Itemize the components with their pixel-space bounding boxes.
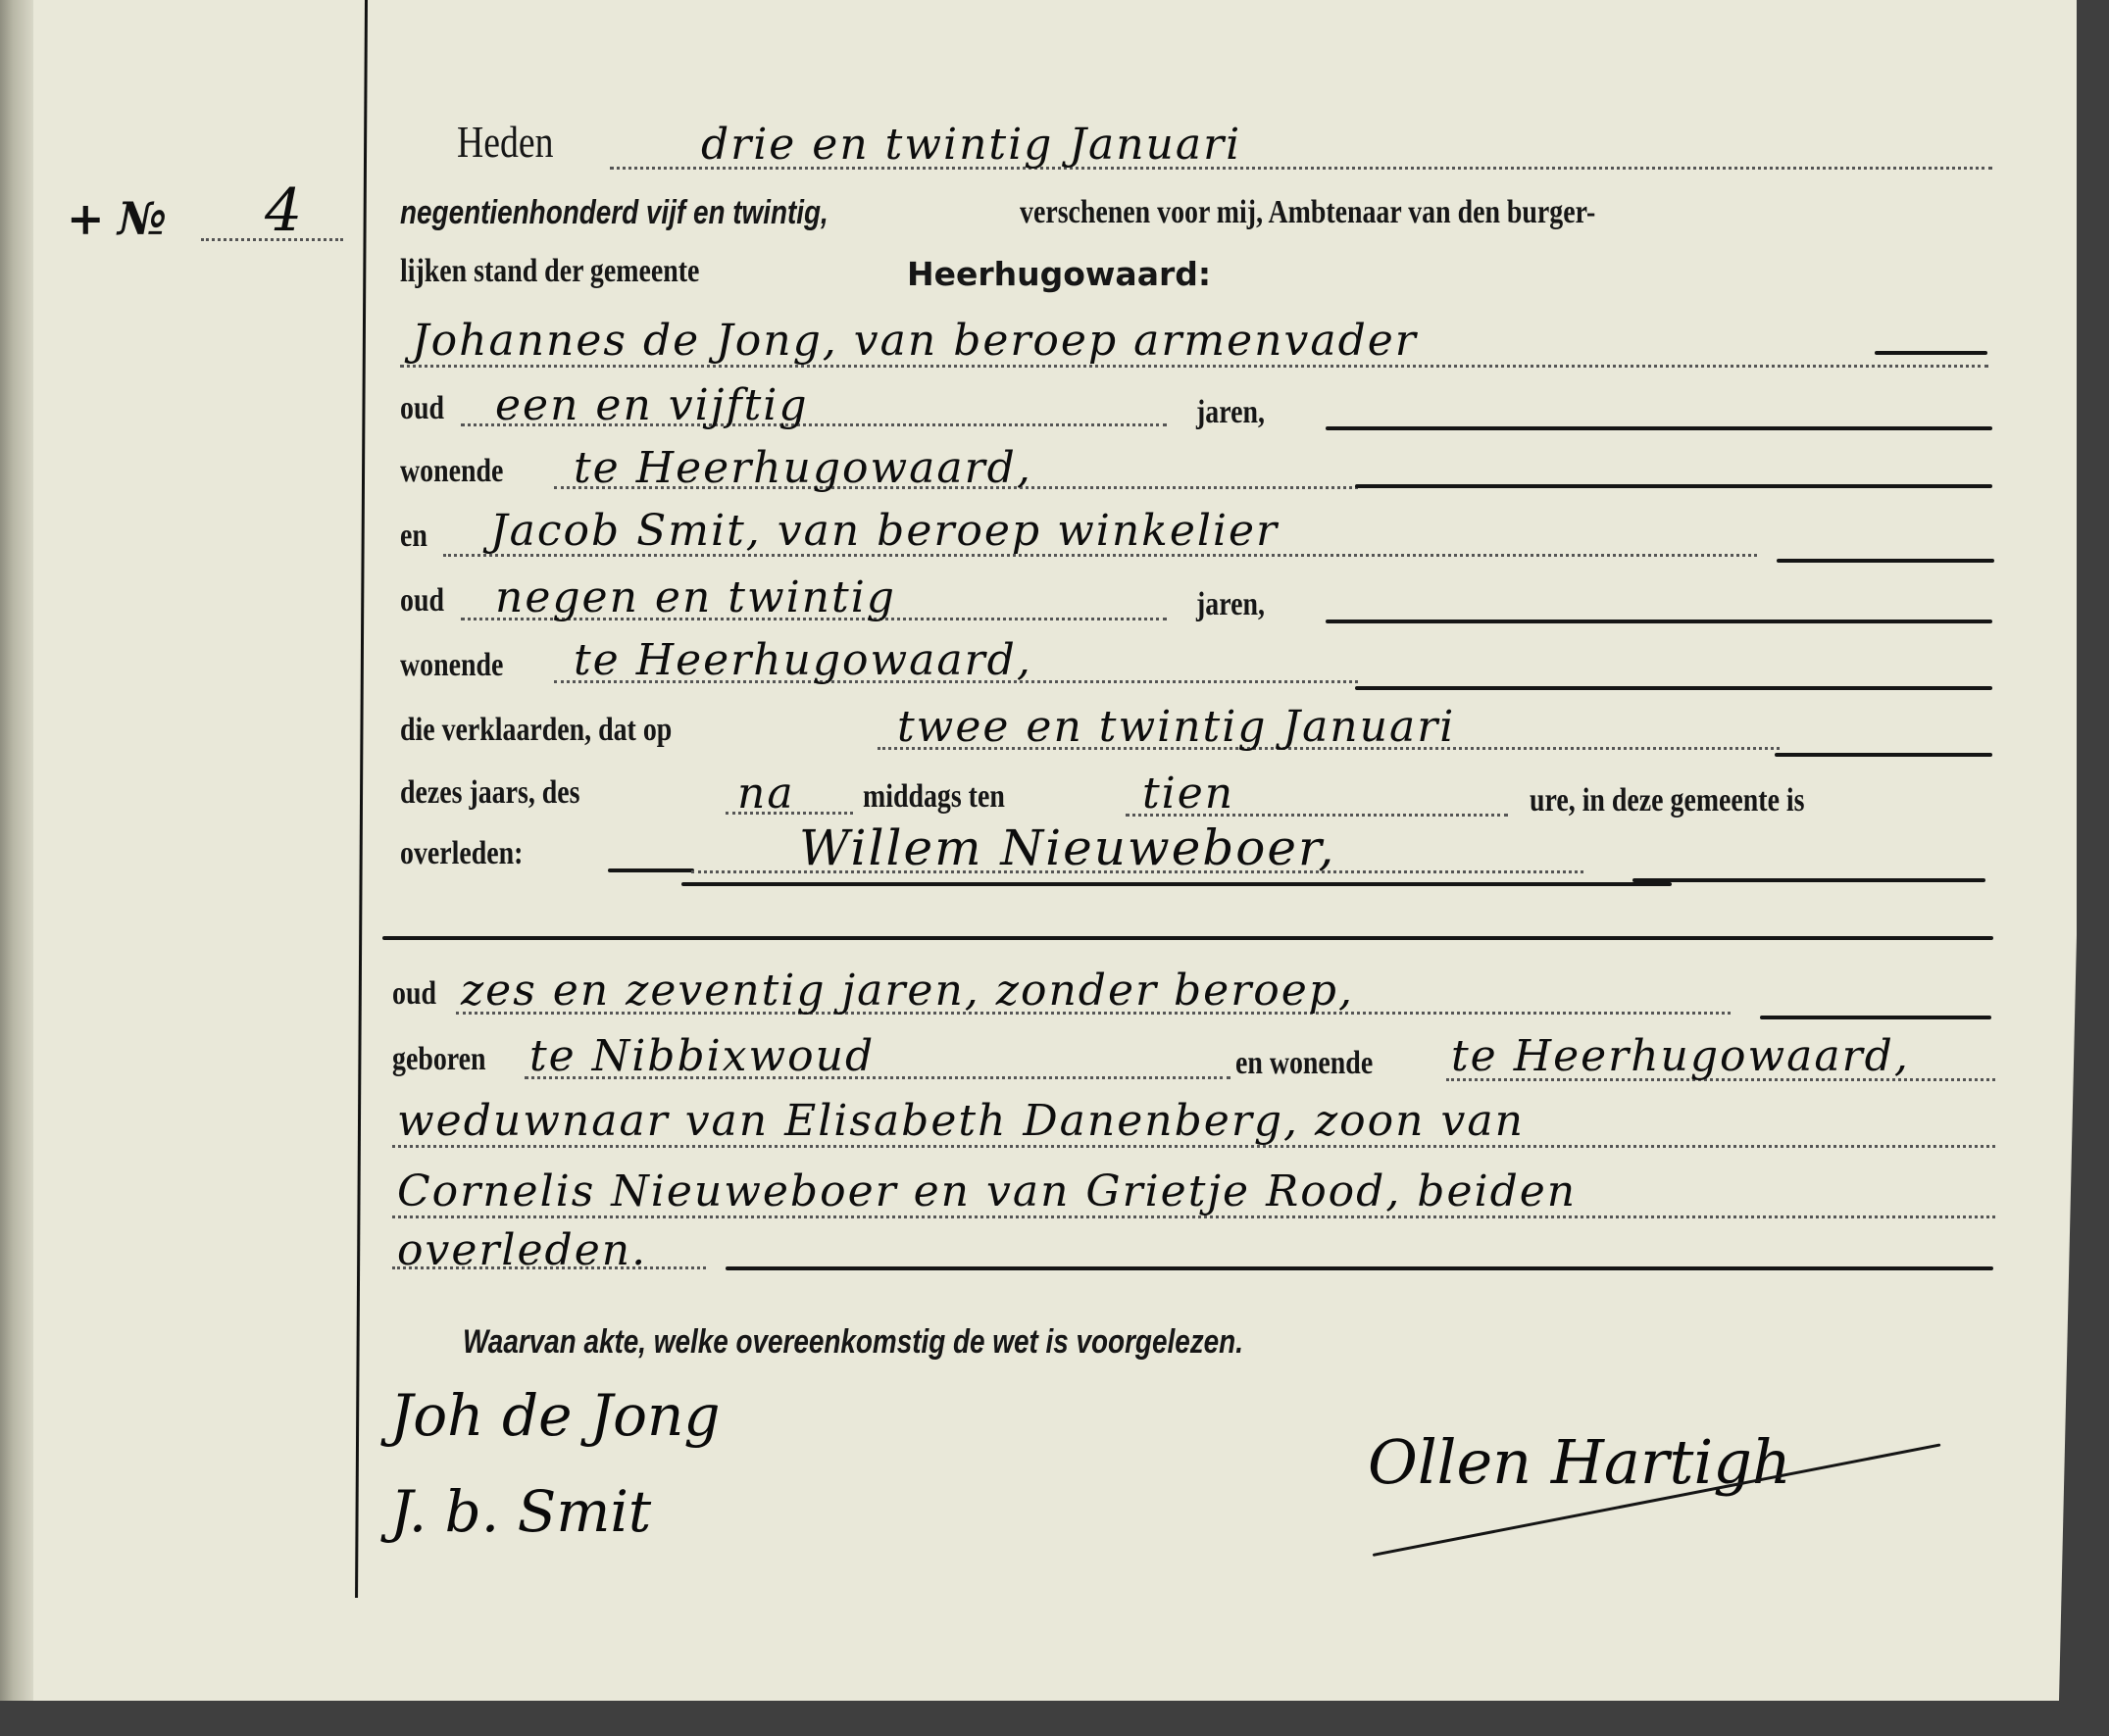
oud-label-2: oud (400, 582, 444, 620)
overleden-label: overleden: (400, 835, 523, 872)
witness2-value: Jacob Smit, van beroep winkelier (490, 506, 1279, 556)
closing-rule (726, 1266, 1993, 1270)
residence-rule-2 (1355, 686, 1992, 690)
municipality: Heerhugowaard: (907, 255, 1211, 293)
appeared-text: verschenen voor mij, Ambtenaar van den b… (1020, 194, 1595, 231)
heden-value: drie en twintig Januari (701, 120, 1241, 170)
des-value: na (737, 769, 795, 818)
dezes-text: dezes jaars, des (400, 774, 580, 812)
civil-text: lijken stand der gemeente (400, 253, 699, 290)
witness1-value: Johannes de Jong, van beroep armenvader (412, 316, 1418, 366)
witness1-residence: te Heerhugowaard, (574, 443, 1032, 493)
jaren-label-1: jaren, (1196, 394, 1265, 431)
en-wonende-label: en wonende (1235, 1045, 1373, 1082)
deceased-underline (681, 882, 1672, 886)
geboren-label: geboren (392, 1041, 486, 1078)
wonende-label-2: wonende (400, 647, 503, 684)
declared-text: die verklaarden, dat op (400, 712, 672, 749)
number-label: № (118, 192, 167, 245)
death-date-rule (1775, 753, 1992, 757)
overleden-rule-right (1632, 878, 1985, 882)
hour-value: tien (1142, 769, 1234, 818)
blank-rule (382, 936, 1993, 940)
death-date: twee en twintig Januari (897, 702, 1455, 752)
signature-witness1: Joh de Jong (390, 1382, 721, 1449)
witness1-age: een en vijftig (495, 380, 809, 430)
age-rule-2 (1326, 620, 1992, 623)
heden-label: Heden (457, 116, 553, 168)
oud-label-1: oud (400, 390, 444, 427)
closing-text: Waarvan akte, welke overeenkomstig de we… (463, 1323, 1243, 1362)
residence-rule-1 (1355, 484, 1992, 488)
deceased-age-occupation: zes en zeventig jaren, zonder beroep, (461, 966, 1354, 1016)
deceased-name: Willem Nieuweboer, (799, 819, 1335, 876)
deceased-age-rule (1760, 1016, 1991, 1019)
age-rule-1 (1326, 426, 1992, 430)
extra-line-2: Cornelis Nieuweboer en van Grietje Rood,… (397, 1166, 1577, 1216)
cross-symbol: + (67, 192, 105, 245)
wonende-label-1: wonende (400, 453, 503, 490)
witness1-rule (1875, 351, 1987, 355)
register-page: + № 4 Heden drie en twintig Januari nege… (0, 0, 2077, 1701)
margin-rule (355, 0, 368, 1598)
witness2-rule (1777, 559, 1994, 563)
certificate-number: 4 (265, 176, 304, 245)
birthplace: te Nibbixwoud (529, 1031, 875, 1081)
signature-witness2: J. b. Smit (390, 1478, 651, 1545)
binding-gutter (0, 0, 33, 1701)
oud-label-3: oud (392, 975, 436, 1013)
year-text: negentienhonderd vijf en twintig, (400, 194, 829, 232)
residence: te Heerhugowaard, (1451, 1031, 1910, 1081)
witness2-residence: te Heerhugowaard, (574, 635, 1032, 685)
overleden-rule-left (608, 868, 694, 872)
extra-line-3: overleden. (397, 1225, 647, 1275)
middags-text: middags ten (863, 778, 1005, 816)
en-label: en (400, 518, 427, 555)
extra-line-1: weduwnaar van Elisabeth Danenberg, zoon … (397, 1096, 1525, 1146)
ure-text: ure, in deze gemeente is (1530, 782, 1805, 819)
jaren-label-2: jaren, (1196, 586, 1265, 623)
witness2-age: negen en twintig (495, 572, 896, 622)
